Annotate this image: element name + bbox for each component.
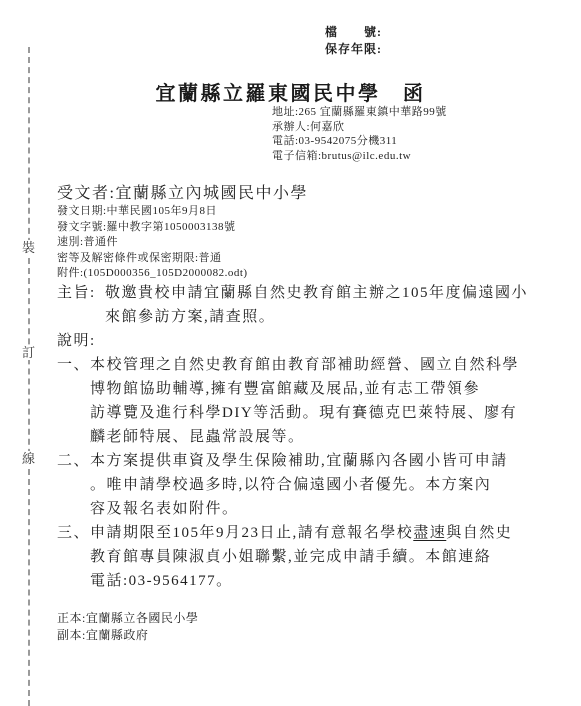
issue-date-line: 發文日期:中華民國105年9月8日	[57, 204, 248, 220]
sender-contact: 承辦人:何嘉欣	[272, 120, 447, 135]
file-header-block: 檔 號: 保存年限:	[325, 24, 382, 57]
sender-phone: 電話:03-9542075分機311	[272, 134, 447, 149]
item3-marker: 三、	[57, 521, 90, 545]
footer-block: 正本:宜蘭縣立各國民小學 副本:宜蘭縣政府	[57, 610, 198, 644]
list-item-2: 二、 本方案提供車資及學生保險補助,宜蘭縣內各國小皆可申請。唯申請學校過多時,以…	[57, 449, 535, 521]
file-number-label: 檔 號:	[325, 24, 382, 41]
document-title: 宜蘭縣立羅東國民中學 函	[0, 77, 581, 106]
subject-section: 主旨: 敬邀貴校申請宜蘭縣自然史教育館主辦之105年度偏遠國小來館參訪方案,請查…	[57, 281, 535, 329]
item3-content: 申請期限至105年9月23日止,請有意報名學校盡速與自然史 教育館專員陳淑貞小姐…	[90, 521, 535, 593]
sender-address: 地址:265 宜蘭縣羅東鎮中華路99號	[272, 105, 447, 120]
list-item-3: 三、 申請期限至105年9月23日止,請有意報名學校盡速與自然史 教育館專員陳淑…	[57, 521, 535, 593]
subject-label: 主旨:	[57, 281, 96, 305]
speed-line: 速別:普通件	[57, 235, 248, 251]
item1-content: 本校管理之自然史教育館由教育部補助經營、國立自然科學博物館協助輔導,擁有豐富館藏…	[90, 353, 535, 449]
item3-line1-post: 與自然史	[446, 525, 512, 541]
sender-email: 電子信箱:brutus@ilc.edu.tw	[272, 149, 447, 164]
binding-char-ding: 訂	[19, 345, 38, 360]
item3-line1-pre: 申請期限至105年9月23日止,請有意報名學校	[90, 525, 413, 541]
item2-marker: 二、	[57, 449, 90, 473]
sender-info-block: 地址:265 宜蘭縣羅東鎮中華路99號 承辦人:何嘉欣 電話:03-954207…	[272, 105, 447, 163]
binding-char-zhuang: 裝	[19, 240, 38, 255]
subject-content: 敬邀貴校申請宜蘭縣自然史教育館主辦之105年度偏遠國小來館參訪方案,請查照。	[105, 281, 535, 329]
recipient-line: 受文者:宜蘭縣立內城國民中小學	[57, 180, 308, 203]
document-body: 主旨: 敬邀貴校申請宜蘭縣自然史教育館主辦之105年度偏遠國小來館參訪方案,請查…	[57, 281, 535, 593]
attachment-line: 附件:(105D000356_105D2000082.odt)	[57, 266, 248, 282]
duplicate-copy-line: 副本:宜蘭縣政府	[57, 627, 198, 644]
binding-char-xian: 線	[19, 451, 38, 466]
item3-line1: 申請期限至105年9月23日止,請有意報名學校盡速與自然史	[90, 521, 535, 545]
list-item-1: 一、 本校管理之自然史教育館由教育部補助經營、國立自然科學博物館協助輔導,擁有豐…	[57, 353, 535, 449]
item1-marker: 一、	[57, 353, 90, 377]
item2-content: 本方案提供車資及學生保險補助,宜蘭縣內各國小皆可申請。唯申請學校過多時,以符合偏…	[90, 449, 535, 521]
binding-dashed-line	[28, 47, 30, 706]
meta-block: 發文日期:中華民國105年9月8日 發文字號:羅中教字第1050003138號 …	[57, 204, 248, 282]
issue-number-line: 發文字號:羅中教字第1050003138號	[57, 220, 248, 236]
official-letter-page: 裝 訂 線 檔 號: 保存年限: 宜蘭縣立羅東國民中學 函 地址:265 宜蘭縣…	[0, 0, 581, 706]
item3-rest-lines: 教育館專員陳淑貞小姐聯繫,並完成申請手續。本館連絡電話:03-9564177。	[90, 545, 535, 593]
security-line: 密等及解密條件或保密期限:普通	[57, 251, 248, 267]
underlined-text: 盡速	[413, 525, 446, 541]
explanation-label: 說明:	[57, 329, 535, 353]
original-copy-line: 正本:宜蘭縣立各國民小學	[57, 610, 198, 627]
retention-label: 保存年限:	[325, 41, 382, 58]
